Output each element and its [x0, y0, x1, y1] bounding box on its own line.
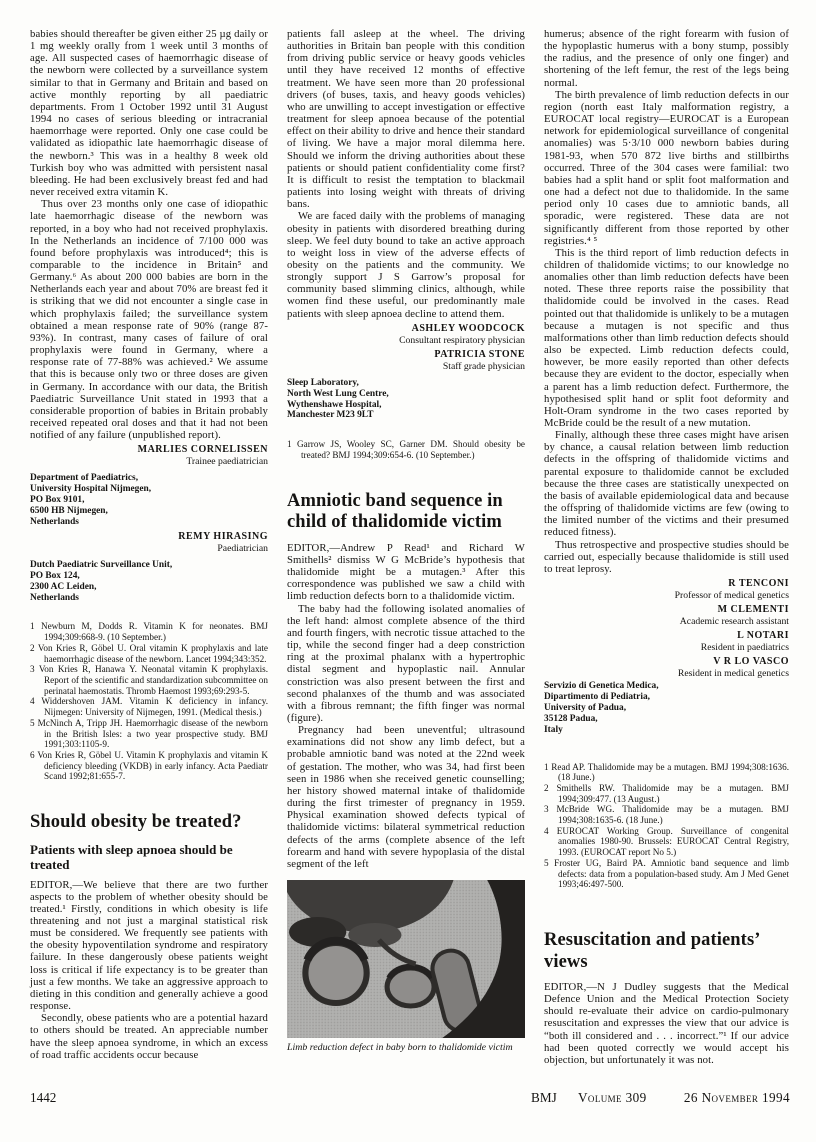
reference-item: 3 McBride WG. Thalidomide may be a mutag… [544, 804, 789, 825]
page-footer: 1442 BMJ Volume 309 26 November 1994 [30, 1086, 790, 1118]
signature-role: Staff grade physician [287, 361, 525, 372]
reference-item: 6 Von Kries R, Göbel U. Vitamin K prophy… [30, 750, 268, 782]
signature-block: R TENCONI Professor of medical genetics [544, 578, 789, 601]
reference-item: 3 Von Kries R, Hanawa Y. Neonatal vitami… [30, 664, 268, 696]
signature-name: M CLEMENTI [544, 604, 789, 616]
reference-list: 1 Read AP. Thalidomide may be a mutagen.… [544, 762, 789, 890]
signature-name: R TENCONI [544, 578, 789, 590]
reference-item: 1 Read AP. Thalidomide may be a mutagen.… [544, 762, 789, 783]
signature-name: MARLIES CORNELISSEN [30, 444, 268, 456]
resuscitation-paragraph: EDITOR,—N J Dudley suggests that the Med… [544, 981, 789, 1066]
vitamin-k-paragraph: babies should thereafter be given either… [30, 28, 268, 198]
letter-title-resuscitation: Resuscitation and patients’ views [544, 930, 789, 973]
signature-block: REMY HIRASING Paediatrician [30, 531, 268, 554]
column-1: babies should thereafter be given either… [30, 28, 268, 1066]
amniotic-paragraph: The birth prevalence of limb reduction d… [544, 89, 789, 247]
signature-role: Academic research assistant [544, 616, 789, 627]
reference-item: 4 EUROCAT Working Group. Surveillance of… [544, 826, 789, 858]
signature-role: Professor of medical genetics [544, 590, 789, 601]
vitamin-k-paragraph: Thus over 23 months only one case of idi… [30, 198, 268, 441]
letter-title-amniotic-band: Amniotic band sequence in child of thali… [287, 491, 525, 534]
column-2: patients fall asleep at the wheel. The d… [287, 28, 525, 1066]
author-address: Dutch Paediatric Surveillance Unit, PO B… [30, 560, 268, 604]
reference-item: 1 Newburn M, Dodds R. Vitamin K for neon… [30, 621, 268, 642]
signature-name: V R LO VASCO [544, 656, 789, 668]
journal-footer: BMJ Volume 309 26 November 1994 [531, 1090, 790, 1106]
reference-item: 4 Widdershoven JAM. Vitamin K deficiency… [30, 696, 268, 717]
signature-name: PATRICIA STONE [287, 349, 525, 361]
amniotic-paragraph: Thus retrospective and prospective studi… [544, 539, 789, 575]
signature-role: Resident in medical genetics [544, 668, 789, 679]
limb-defect-figure: Limb reduction defect in baby born to th… [287, 880, 525, 1054]
reference-item: 2 Smithells RW. Thalidomide may be a mut… [544, 783, 789, 804]
reference-item: 1 Garrow JS, Wooley SC, Garner DM. Shoul… [287, 439, 525, 460]
author-address: Servizio di Genetica Medica, Dipartiment… [544, 681, 789, 736]
signature-role: Paediatrician [30, 543, 268, 554]
amniotic-paragraph: Pregnancy had been uneventful; ultrasoun… [287, 724, 525, 870]
figure-caption: Limb reduction defect in baby born to th… [287, 1042, 525, 1054]
signature-block: MARLIES CORNELISSEN Trainee paediatricia… [30, 444, 268, 467]
signature-block: M CLEMENTI Academic research assistant [544, 604, 789, 627]
author-address: Sleep Laboratory, North West Lung Centre… [287, 378, 525, 422]
three-column-text: babies should thereafter be given either… [0, 0, 816, 1066]
amniotic-paragraph: humerus; absence of the right forearm wi… [544, 28, 789, 89]
signature-block: V R LO VASCO Resident in medical genetic… [544, 656, 789, 679]
signature-name: ASHLEY WOODCOCK [287, 323, 525, 335]
column-3: humerus; absence of the right forearm wi… [544, 28, 789, 1066]
signature-name: L NOTARI [544, 630, 789, 642]
signature-block: L NOTARI Resident in paediatrics [544, 630, 789, 653]
signature-name: REMY HIRASING [30, 531, 268, 543]
reference-item: 2 Von Kries R, Göbel U. Oral vitamin K p… [30, 643, 268, 664]
author-address: Department of Paediatrics, University Ho… [30, 473, 268, 528]
amniotic-paragraph: Finally, although these three cases migh… [544, 429, 789, 538]
journal-name: BMJ [531, 1090, 557, 1105]
obesity-paragraph: We are faced daily with the problems of … [287, 210, 525, 319]
signature-block: ASHLEY WOODCOCK Consultant respiratory p… [287, 323, 525, 346]
reference-item: 5 Froster UG, Baird PA. Amniotic band se… [544, 858, 789, 890]
signature-role: Trainee paediatrician [30, 456, 268, 467]
signature-role: Consultant respiratory physician [287, 335, 525, 346]
letter-title-obesity: Should obesity be treated? [30, 812, 268, 834]
page-number: 1442 [30, 1090, 56, 1106]
obesity-paragraph: EDITOR,—We believe that there are two fu… [30, 879, 268, 1013]
issue-date: 26 November 1994 [684, 1090, 790, 1105]
amniotic-paragraph: EDITOR,—Andrew P Read¹ and Richard W Smi… [287, 542, 525, 603]
limb-defect-photo [287, 880, 525, 1038]
obesity-paragraph: patients fall asleep at the wheel. The d… [287, 28, 525, 210]
volume-label: Volume 309 [578, 1090, 647, 1105]
reference-list: 1 Newburn M, Dodds R. Vitamin K for neon… [30, 621, 268, 782]
signature-block: PATRICIA STONE Staff grade physician [287, 349, 525, 372]
letter-subtitle-sleep-apnoea: Patients with sleep apnoea should be tre… [30, 842, 268, 872]
obesity-paragraph: Secondly, obese patients who are a poten… [30, 1012, 268, 1061]
reference-list: 1 Garrow JS, Wooley SC, Garner DM. Shoul… [287, 439, 525, 460]
amniotic-paragraph: This is the third report of limb reducti… [544, 247, 789, 429]
signature-role: Resident in paediatrics [544, 642, 789, 653]
amniotic-paragraph: The baby had the following isolated anom… [287, 603, 525, 725]
journal-page: babies should thereafter be given either… [0, 0, 816, 1142]
reference-item: 5 McNinch A, Tripp JH. Haemorrhagic dise… [30, 718, 268, 750]
